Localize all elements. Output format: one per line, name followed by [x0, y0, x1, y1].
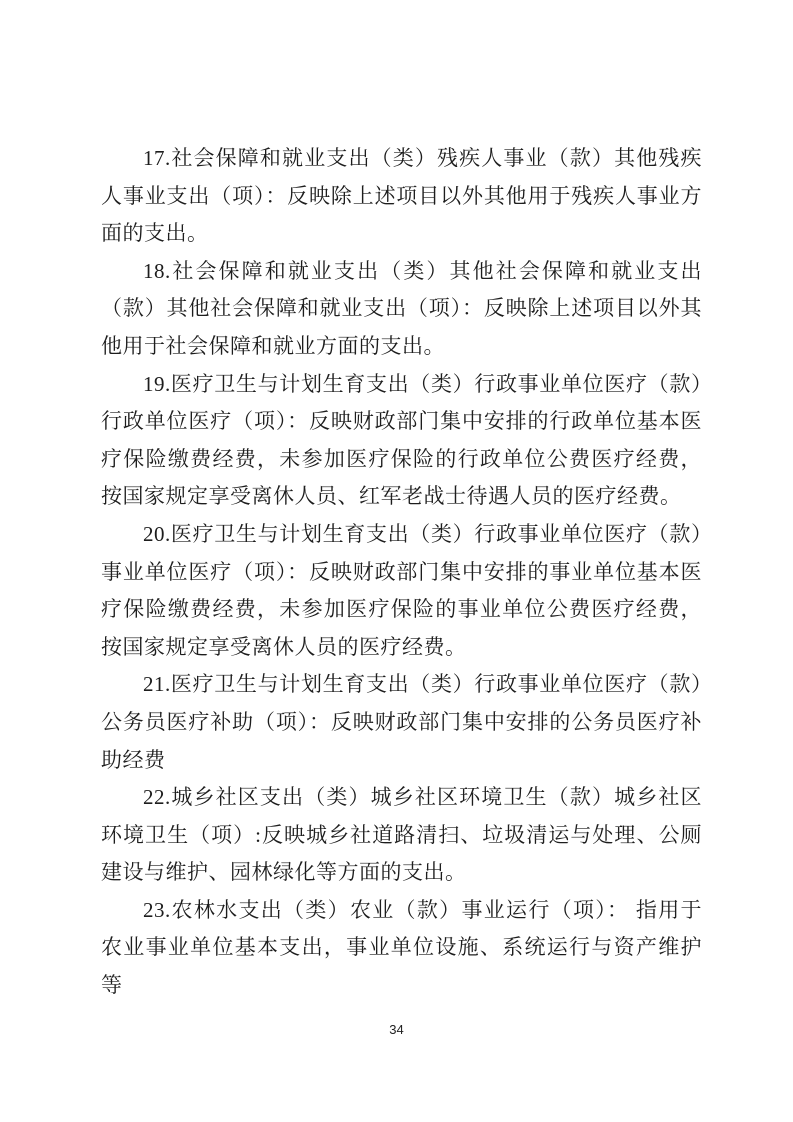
paragraph-20: 20.医疗卫生与计划生育支出（类）行政事业单位医疗（款）事业单位医疗（项）：反映… [101, 516, 702, 666]
paragraph-17: 17.社会保障和就业支出（类）残疾人事业（款）其他残疾人事业支出（项）：反映除上… [101, 140, 702, 253]
page-footer: 34 [0, 1021, 793, 1039]
document-body: 17.社会保障和就业支出（类）残疾人事业（款）其他残疾人事业支出（项）：反映除上… [101, 140, 702, 1005]
paragraph-23: 23.农林水支出（类）农业（款）事业运行（项）： 指用于农业事业单位基本支出，事… [101, 892, 702, 1005]
paragraph-22: 22.城乡社区支出（类）城乡社区环境卫生（款）城乡社区环境卫生（项）:反映城乡社… [101, 779, 702, 892]
paragraph-19: 19.医疗卫生与计划生育支出（类）行政事业单位医疗（款）行政单位医疗（项）：反映… [101, 366, 702, 516]
paragraph-18: 18.社会保障和就业支出（类）其他社会保障和就业支出（款）其他社会保障和就业支出… [101, 253, 702, 366]
page-number: 34 [389, 1022, 403, 1037]
document-page: 17.社会保障和就业支出（类）残疾人事业（款）其他残疾人事业支出（项）：反映除上… [0, 0, 793, 1122]
paragraph-21: 21.医疗卫生与计划生育支出（类）行政事业单位医疗（款）公务员医疗补助（项）：反… [101, 666, 702, 779]
